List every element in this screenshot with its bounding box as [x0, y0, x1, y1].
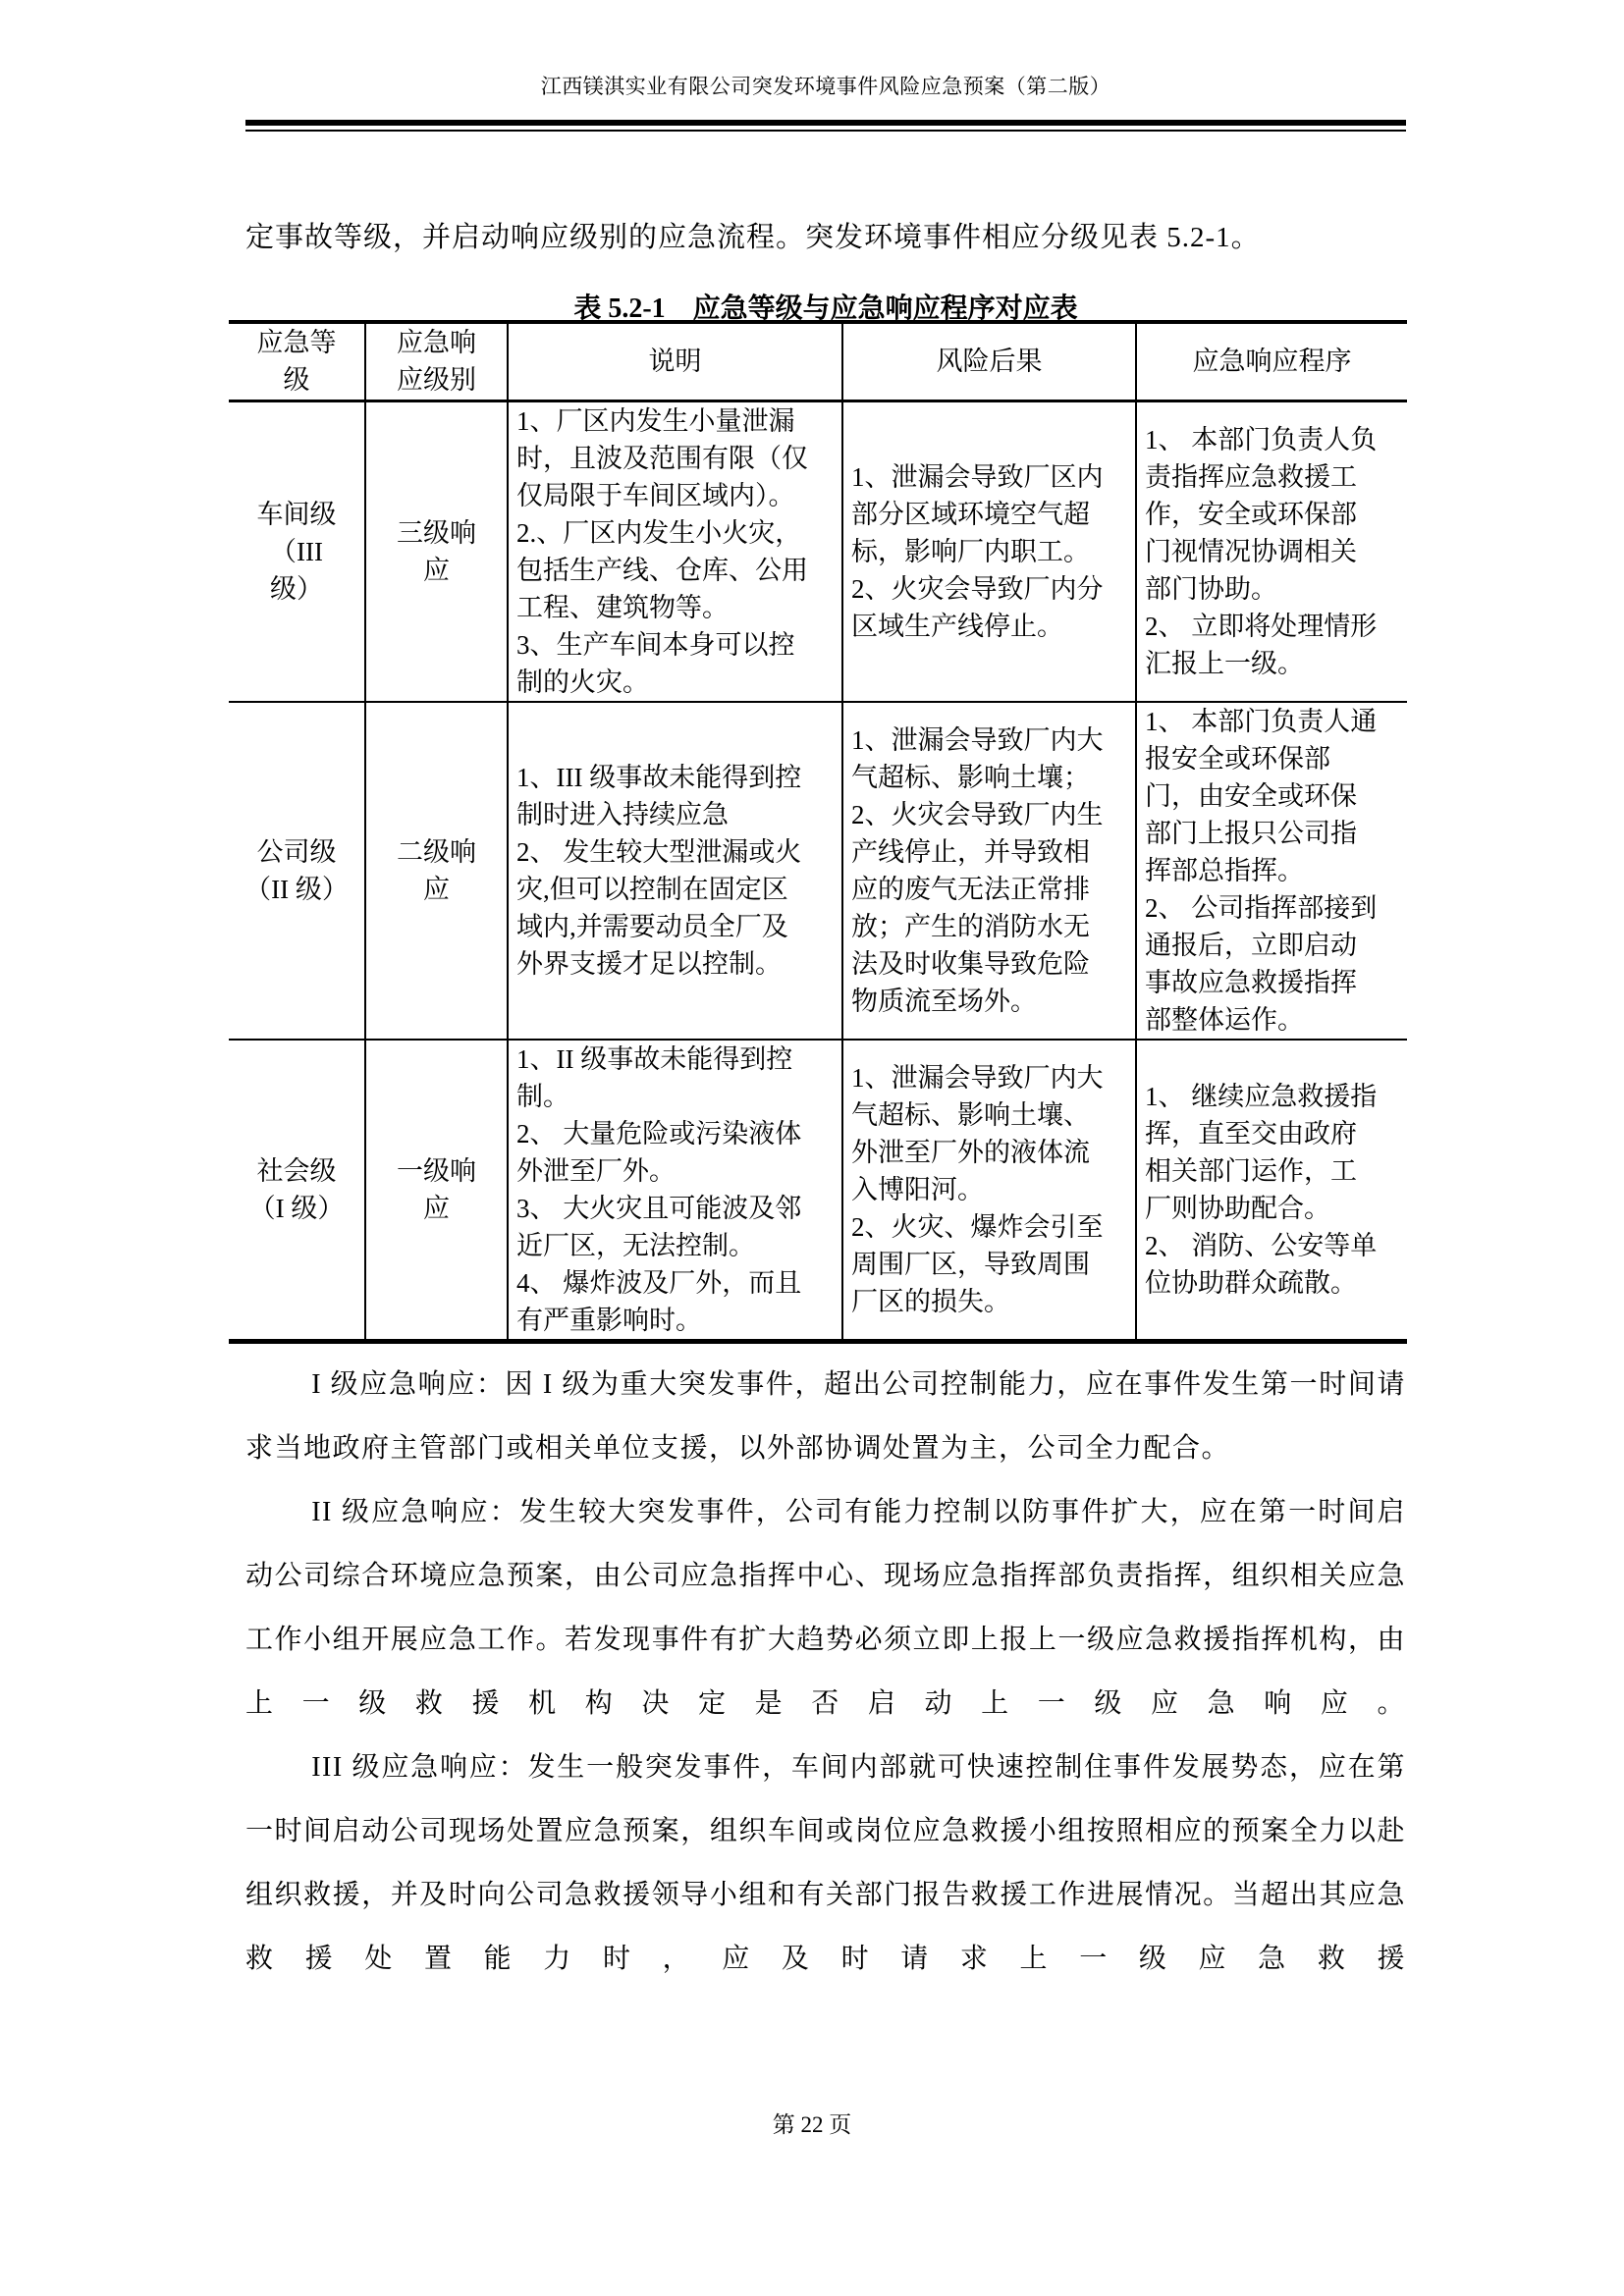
cell-description: 1、厂区内发生小量泄漏 时，且波及范围有限（仅 仅局限于车间区域内）。 2.、厂… — [508, 400, 842, 702]
table-row-society-level: 社会级 （I 级） 一级响 应 1、II 级事故未能得到控 制。 2、 大量危险… — [229, 1040, 1407, 1342]
column-header-response-level: 应急响 应级别 — [365, 322, 508, 400]
cell-description: 1、II 级事故未能得到控 制。 2、 大量危险或污染液体 外泄至厂外。 3、 … — [508, 1040, 842, 1342]
cell-response-procedure: 1、 本部门负责人负 责指挥应急救援工 作，安全或环保部 门视情况协调相关 部门… — [1136, 400, 1407, 702]
table-row-workshop-level: 车间级 （III 级） 三级响 应 1、厂区内发生小量泄漏 时，且波及范围有限（… — [229, 400, 1407, 702]
column-header-response-procedure: 应急响应程序 — [1136, 322, 1407, 400]
cell-risk-consequence: 1、泄漏会导致厂内大 气超标、影响土壤、 外泄至厂外的液体流 入博阳河。 2、火… — [842, 1040, 1136, 1342]
cell-response-level: 二级响 应 — [365, 702, 508, 1040]
header-rule-thin-line — [245, 130, 1406, 132]
cell-emergency-level: 公司级 （II 级） — [229, 702, 365, 1040]
page-header-title: 江西镁淇实业有限公司突发环境事件风险应急预案（第二版） — [245, 71, 1406, 100]
cell-response-procedure: 1、 继续应急救援指 挥，直至交由政府 相关部门运作，工 厂则协助配合。 2、 … — [1136, 1040, 1407, 1342]
column-header-risk-consequence: 风险后果 — [842, 322, 1136, 400]
cell-risk-consequence: 1、泄漏会导致厂内大 气超标、影响土壤； 2、火灾会导致厂内生 产线停止，并导致… — [842, 702, 1136, 1040]
column-header-description: 说明 — [508, 322, 842, 400]
table-header-row: 应急等 级 应急响 应级别 说明 风险后果 应急响应程序 — [229, 322, 1407, 400]
document-page: 江西镁淇实业有限公司突发环境事件风险应急预案（第二版） 定事故等级，并启动响应级… — [0, 0, 1624, 2296]
cell-response-level: 三级响 应 — [365, 400, 508, 702]
cell-emergency-level: 车间级 （III 级） — [229, 400, 365, 702]
cell-risk-consequence: 1、泄漏会导致厂区内 部分区域环境空气超 标，影响厂内职工。 2、火灾会导致厂内… — [842, 400, 1136, 702]
cell-description: 1、III 级事故未能得到控 制时进入持续应急 2、 发生较大型泄漏或火 灾,但… — [508, 702, 842, 1040]
paragraph-level-3-response: III 级应急响应：发生一般突发事件，车间内部就可快速控制住事件发展势态，应在第… — [245, 1735, 1406, 1991]
table-row-company-level: 公司级 （II 级） 二级响 应 1、III 级事故未能得到控 制时进入持续应急… — [229, 702, 1407, 1040]
body-text: I 级应急响应：因 I 级为重大突发事件，超出公司控制能力，应在事件发生第一时间… — [245, 1353, 1406, 1991]
paragraph-level-2-response: II 级应急响应：发生较大突发事件，公司有能力控制以防事件扩大，应在第一时间启动… — [245, 1480, 1406, 1735]
page-number: 第 22 页 — [0, 2107, 1624, 2139]
intro-paragraph: 定事故等级，并启动响应级别的应急流程。突发环境事件相应分级见表 5.2-1。 — [245, 218, 1406, 257]
cell-emergency-level: 社会级 （I 级） — [229, 1040, 365, 1342]
paragraph-level-1-response: I 级应急响应：因 I 级为重大突发事件，超出公司控制能力，应在事件发生第一时间… — [245, 1353, 1406, 1480]
emergency-response-table: 应急等 级 应急响 应级别 说明 风险后果 应急响应程序 车间级 （III 级）… — [229, 320, 1407, 1344]
column-header-emergency-level: 应急等 级 — [229, 322, 365, 400]
cell-response-level: 一级响 应 — [365, 1040, 508, 1342]
header-rule — [245, 120, 1406, 132]
cell-response-procedure: 1、 本部门负责人通 报安全或环保部 门，由安全或环保 部门上报只公司指 挥部总… — [1136, 702, 1407, 1040]
